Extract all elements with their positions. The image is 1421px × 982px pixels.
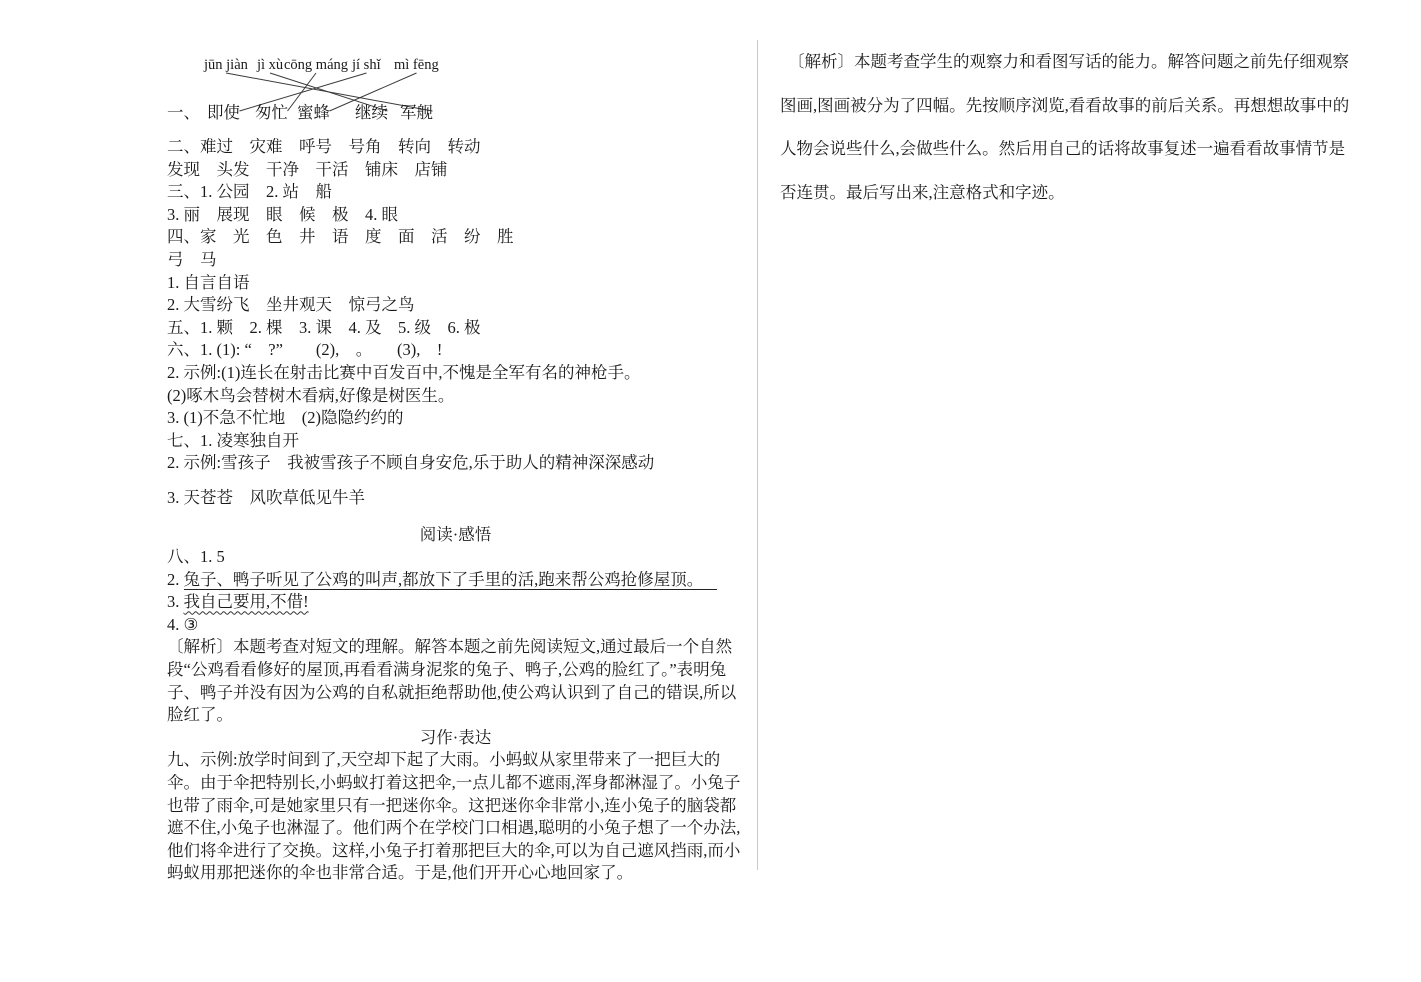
pinyin-item: jì xù — [257, 54, 283, 77]
pinyin-item: jí shǐ — [352, 54, 381, 77]
underlined-answer: 我自己要用,不借! — [184, 592, 309, 611]
word-item: 蜜蜂 — [297, 102, 330, 125]
section-heading: 习作·表达 — [167, 727, 744, 750]
right-column: 〔解析〕本题考查学生的观察力和看图写话的能力。解答问题之前先仔细观察图画,图画被… — [780, 40, 1356, 214]
answer-line: 七、1. 凌寒独自开 — [167, 430, 744, 453]
answer-line: 发现 头发 干净 干活 铺床 店铺 — [167, 159, 744, 182]
answer-line: 三、1. 公园 2. 站 船 — [167, 181, 744, 204]
answer-line: 二、难过 灾难 呼号 号角 转向 转动 — [167, 136, 744, 159]
answer-sheet-page: 一、 jūn jiànjì xùcōng mángjí shǐmì fēng 即… — [0, 0, 1421, 982]
section-heading: 阅读·感悟 — [167, 524, 744, 547]
answer-line: 〔解析〕本题考查对短文的理解。解答本题之前先阅读短文,通过最后一个自然段“公鸡看… — [167, 636, 744, 726]
answer-line: 1. 自言自语 — [167, 272, 744, 295]
underlined-answer: 兔子、鸭子听见了公鸡的叫声,都放下了手里的活,跑来帮公鸡抢修屋顶。 — [184, 570, 718, 590]
pinyin-item: cōng máng — [284, 54, 348, 77]
answer-line: 2. 兔子、鸭子听见了公鸡的叫声,都放下了手里的活,跑来帮公鸡抢修屋顶。 — [167, 569, 744, 592]
pinyin-matching-exercise: 一、 jūn jiànjì xùcōng mángjí shǐmì fēng 即… — [167, 48, 744, 136]
pinyin-item: jūn jiàn — [204, 54, 248, 77]
answer-line: 2. 示例:雪孩子 我被雪孩子不顾自身安危,乐于助人的精神深深感动 — [167, 452, 744, 475]
answer-line: 弓 马 — [167, 249, 744, 272]
answer-line: 五、1. 颗 2. 棵 3. 课 4. 及 5. 级 6. 极 — [167, 317, 744, 340]
answer-line: 4. ③ — [167, 614, 744, 637]
answer-line: 2. 示例:(1)连长在射击比赛中百发百中,不愧是全军有名的神枪手。 — [167, 362, 744, 385]
word-item: 军舰 — [400, 102, 433, 125]
answer-line: 八、1. 5 — [167, 546, 744, 569]
answer-line: 九、示例:放学时间到了,天空却下起了大雨。小蚂蚁从家里带来了一把巨大的伞。由于伞… — [167, 749, 744, 885]
pinyin-item: mì fēng — [394, 54, 439, 77]
left-column: 一、 jūn jiànjì xùcōng mángjí shǐmì fēng 即… — [167, 48, 744, 885]
answer-number: 2. — [167, 570, 184, 589]
word-item: 即使 — [207, 102, 240, 125]
answer-line: 3. 天苍苍 风吹草低见牛羊 — [167, 487, 744, 510]
answer-line: (2)啄木鸟会替树木看病,好像是树医生。 — [167, 385, 744, 408]
answer-line: 六、1. (1): “ ?” (2), 。 (3), ! — [167, 339, 744, 362]
word-item: 继续 — [355, 102, 388, 125]
pinyin-row: jūn jiànjì xùcōng mángjí shǐmì fēng — [167, 54, 744, 74]
word-row: 即使匆忙蜜蜂继续军舰 — [167, 102, 744, 122]
word-item: 匆忙 — [255, 102, 288, 125]
answer-line: 2. 大雪纷飞 坐井观天 惊弓之鸟 — [167, 294, 744, 317]
answer-line: 3. (1)不急不忙地 (2)隐隐约约的 — [167, 407, 744, 430]
column-divider — [757, 40, 758, 870]
answer-line: 四、家 光 色 井 语 度 面 活 纷 胜 — [167, 226, 744, 249]
answer-line: 3. 我自己要用,不借! — [167, 591, 744, 614]
answer-line: 3. 丽 展现 眼 候 极 4. 眼 — [167, 204, 744, 227]
answer-number: 3. — [167, 592, 184, 611]
analysis-paragraph: 〔解析〕本题考查学生的观察力和看图写话的能力。解答问题之前先仔细观察图画,图画被… — [780, 40, 1356, 214]
answers-list: 二、难过 灾难 呼号 号角 转向 转动发现 头发 干净 干活 铺床 店铺三、1.… — [167, 136, 744, 885]
